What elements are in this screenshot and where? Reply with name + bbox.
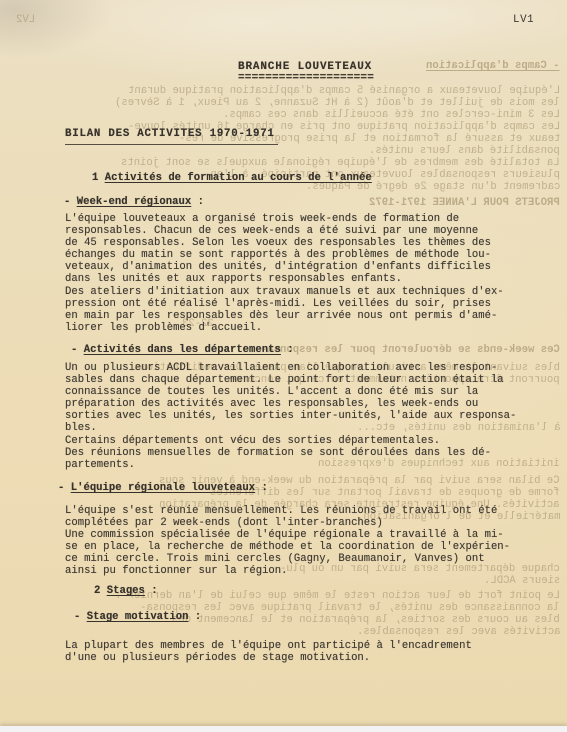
heading-dash: - — [64, 196, 70, 208]
heading-colon: : — [262, 482, 268, 494]
paragraph-departements: Un ou plusieurs ACDL travaillaient en co… — [65, 362, 516, 471]
report-title-text: BILAN DES ACTIVITES 1970-1971 — [65, 128, 278, 145]
report-title: BILAN DES ACTIVITES 1970-1971 — [65, 128, 278, 145]
section-1-title: Activités de formation au cours de l'ann… — [105, 172, 372, 184]
heading-dash: - — [74, 611, 80, 623]
heading-dash: - — [71, 344, 77, 356]
heading-colon: : — [287, 344, 293, 356]
subsection-equipe-title: L'équipe régionale louveteaux — [71, 482, 255, 494]
page-number-label: LV1 — [513, 14, 534, 26]
section-1-number: 1 — [92, 172, 98, 184]
scanner-bed-edge — [0, 726, 567, 732]
page-content: LV1 BRANCHE LOUVETEAUX =================… — [0, 0, 567, 732]
subsection-equipe-heading: -L'équipe régionale louveteaux: — [58, 482, 268, 494]
subsection-weekend-title: Week-end régionaux — [77, 196, 191, 208]
subsection-stage-title: Stage motivation — [87, 611, 189, 623]
title-underline-rule: ==================== — [238, 72, 374, 84]
paragraph-weekend: L'équipe louveteaux a organisé trois wee… — [65, 213, 504, 334]
section-2-heading: 2Stages: — [94, 585, 158, 597]
section-2-number: 2 — [94, 585, 100, 597]
section-2-title: Stages — [107, 585, 145, 597]
heading-dash: - — [58, 482, 64, 494]
section-1-heading: 1Activités de formation au cours de l'an… — [92, 172, 372, 184]
subsection-stage-heading: -Stage motivation: — [74, 611, 201, 623]
scanned-document-page: LV2- Camps d'applicationL'équipe louvete… — [0, 0, 567, 732]
subsection-departements-title: Activités dans les départements — [84, 344, 281, 356]
paragraph-stage: La plupart des membres de l'équipe ont p… — [65, 640, 472, 664]
heading-colon: : — [198, 196, 204, 208]
heading-colon: : — [195, 611, 201, 623]
paragraph-equipe: L'équipe s'est réunie mensuellement. Les… — [65, 505, 510, 578]
subsection-weekend-heading: -Week-end régionaux: — [64, 196, 204, 208]
subsection-departements-heading: -Activités dans les départements: — [71, 344, 294, 356]
heading-colon: : — [151, 585, 157, 597]
